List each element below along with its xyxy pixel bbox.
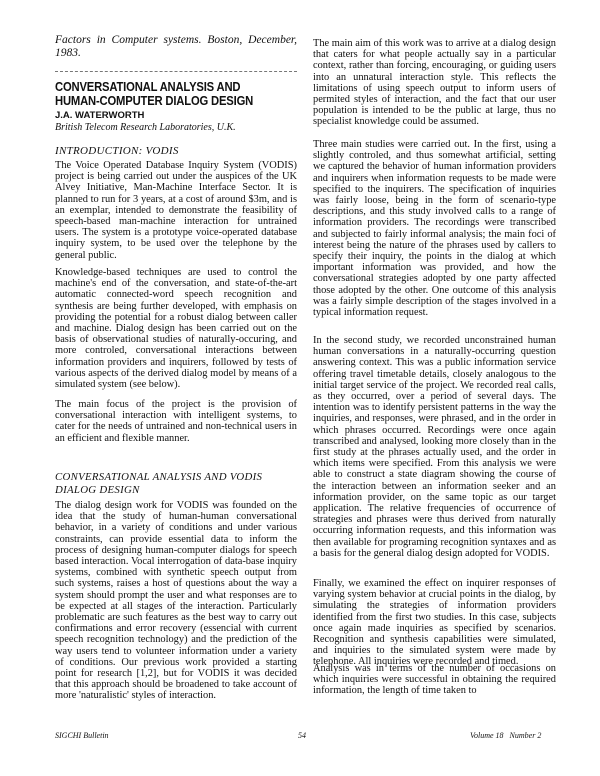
paragraph: Knowledge-based techniques are used to c… [55, 267, 297, 390]
paragraph: Three main studies were carried out. In … [313, 139, 556, 318]
reference-note: Factors in Computer systems. Boston, Dec… [55, 34, 297, 60]
section-heading-intro: INTRODUCTION: VODIS [55, 145, 179, 157]
paragraph: In the second study, we recorded unconst… [313, 335, 556, 559]
document-page: Factors in Computer systems. Boston, Dec… [0, 0, 600, 776]
section-heading-analysis: CONVERSATIONAL ANALYSIS AND VODIS DIALOG… [55, 471, 297, 496]
footer-journal: SIGCHI Bulletin [55, 731, 109, 740]
footer-volume-issue: Volume 18 Number 2 [470, 731, 541, 740]
paragraph: The dialog design work for VODIS was fou… [55, 500, 297, 702]
footer-page-number: 54 [298, 731, 306, 740]
author-affiliation: British Telecom Research Laboratories, U… [55, 122, 236, 133]
divider-rule [55, 71, 297, 72]
article-title: CONVERSATIONAL ANALYSIS AND HUMAN-COMPUT… [55, 80, 280, 108]
author-name: J.A. WATERWORTH [55, 110, 144, 121]
paragraph: Analysis was in terms of the number of o… [313, 663, 556, 697]
paragraph: Finally, we examined the effect on inqui… [313, 578, 556, 668]
paragraph: The main focus of the project is the pro… [55, 399, 297, 444]
paragraph: The Voice Operated Database Inquiry Syst… [55, 160, 297, 261]
paragraph: The main aim of this work was to arrive … [313, 38, 556, 128]
